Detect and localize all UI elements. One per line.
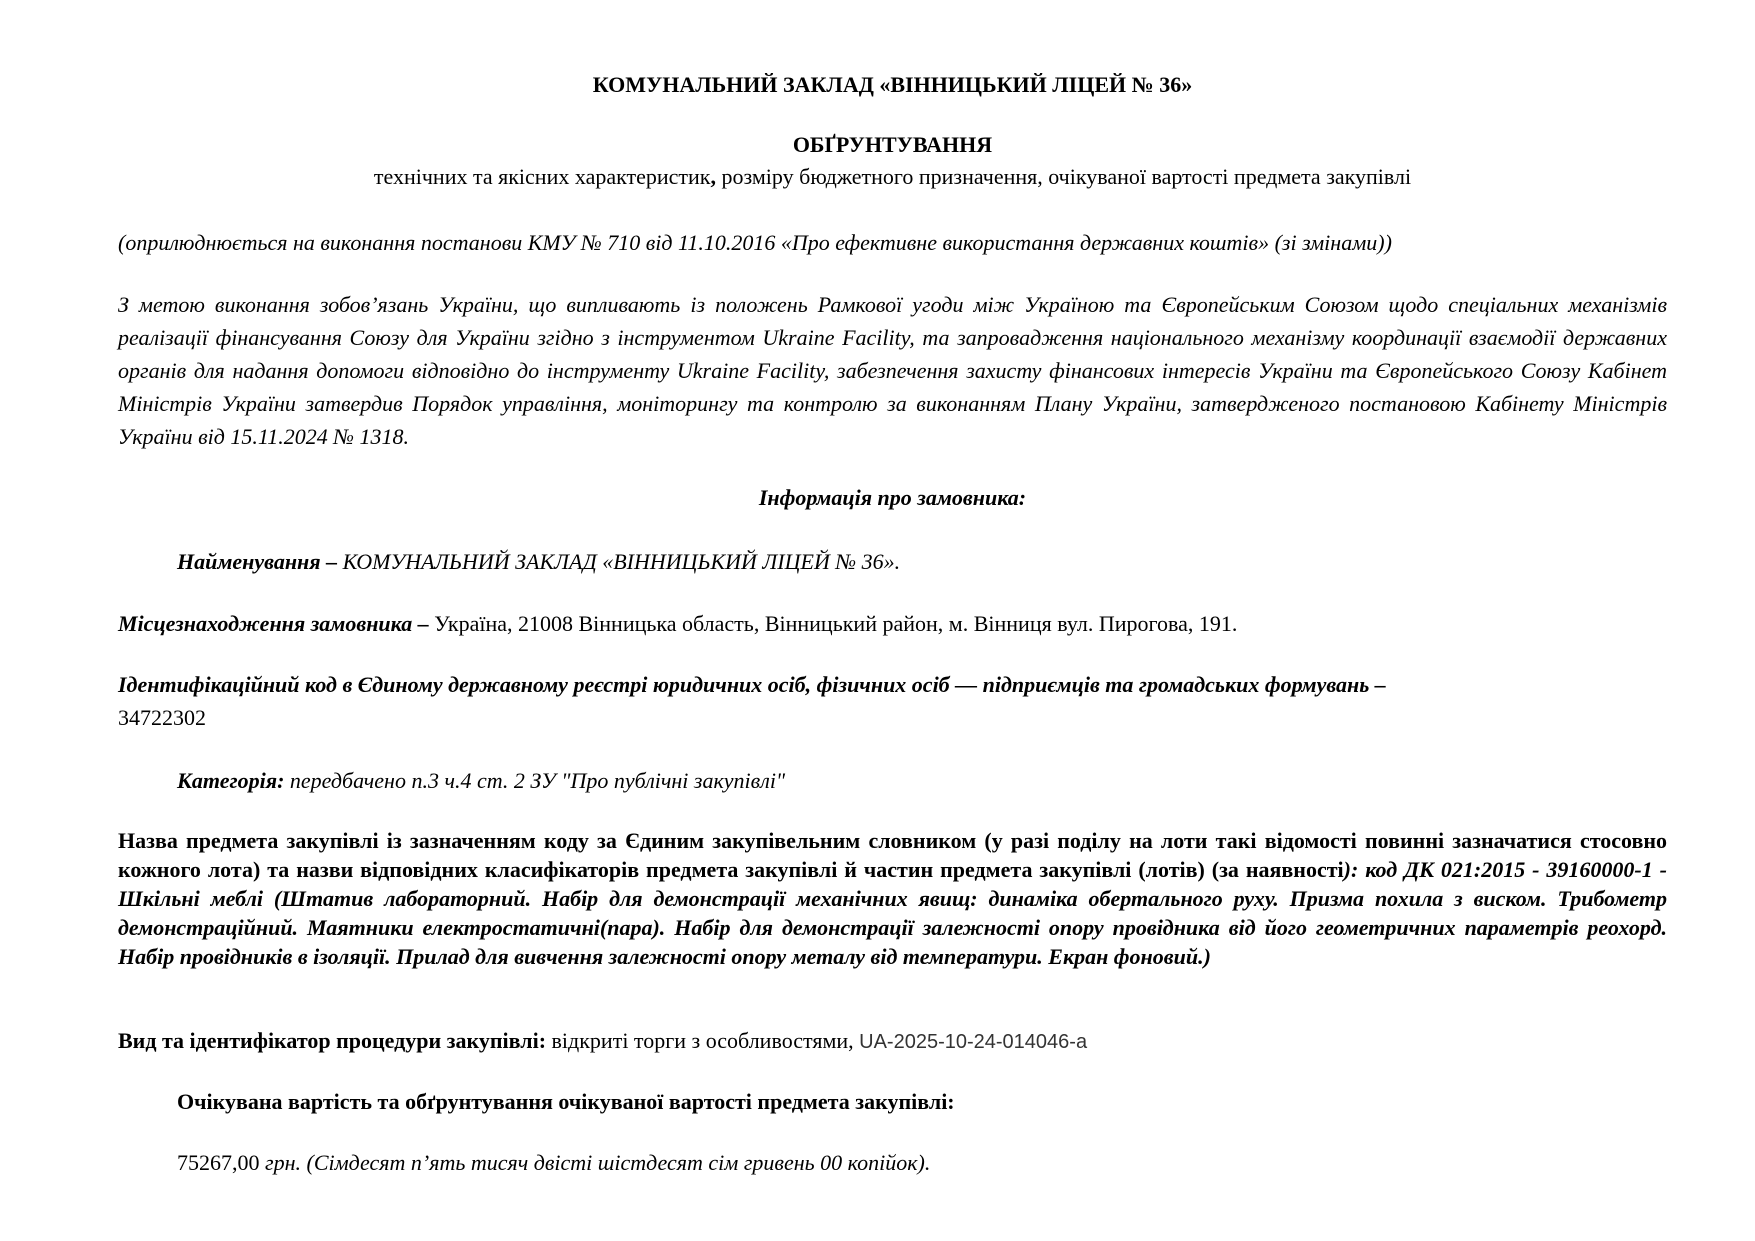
procedure-label: Вид та ідентифікатор процедури закупівлі… [118,1028,546,1053]
category-row: Категорія: передбачено п.3 ч.4 ст. 2 ЗУ … [118,764,1667,797]
document-heading: ОБҐРУНТУВАННЯ [118,128,1667,161]
customer-code-value: 34722302 [118,705,206,730]
customer-name-value: КОМУНАЛЬНИЙ ЗАКЛАД «ВІННИЦЬКИЙ ЛІЦЕЙ № 3… [343,549,900,574]
procedure-row: Вид та ідентифікатор процедури закупівлі… [118,1024,1667,1059]
customer-name-row: Найменування – КОМУНАЛЬНИЙ ЗАКЛАД «ВІННИ… [118,545,1667,578]
procedure-id: UA-2025-10-24-014046-a [859,1031,1087,1053]
procurement-subject: Назва предмета закупівлі із зазначенням … [118,826,1667,971]
customer-info-heading: Інформація про замовника: [118,481,1667,514]
institution-title: КОМУНАЛЬНИЙ ЗАКЛАД «ВІННИЦЬКИЙ ЛІЦЕЙ № 3… [118,68,1667,101]
expected-cost-row: 75267,00 грн. (Сімдесят п’ять тисяч двіс… [118,1146,1667,1179]
subtitle-part-2: розміру бюджетного призначення, очікуван… [716,164,1411,189]
customer-code-label: Ідентифікаційний код в Єдиному державном… [118,672,1386,697]
category-label: Категорія: [177,768,284,793]
subtitle-part-1: технічних та якісних характеристик [374,164,711,189]
customer-code-row: Ідентифікаційний код в Єдиному державном… [118,668,1667,734]
customer-name-label: Найменування – [177,549,343,574]
procedure-type: відкриті торги з особливостями, [546,1028,859,1053]
customer-location-value: Україна, 21008 Вінницька область, Вінниц… [434,611,1237,636]
expected-cost-amount: 75267,00 [177,1150,260,1175]
customer-location-row: Місцезнаходження замовника – Україна, 21… [118,607,1667,640]
category-value: передбачено п.3 ч.4 ст. 2 ЗУ "Про публіч… [284,768,785,793]
purpose-paragraph: З метою виконання зобов’язань України, щ… [118,288,1667,453]
expected-cost-words: грн. (Сімдесят п’ять тисяч двісті шістде… [260,1150,931,1175]
document-subtitle: технічних та якісних характеристик, розм… [118,160,1667,193]
publication-note: (оприлюднюється на виконання постанови К… [118,226,1667,259]
expected-cost-heading: Очікувана вартість та обґрунтування очік… [118,1085,1667,1118]
customer-location-label: Місцезнаходження замовника – [118,611,434,636]
